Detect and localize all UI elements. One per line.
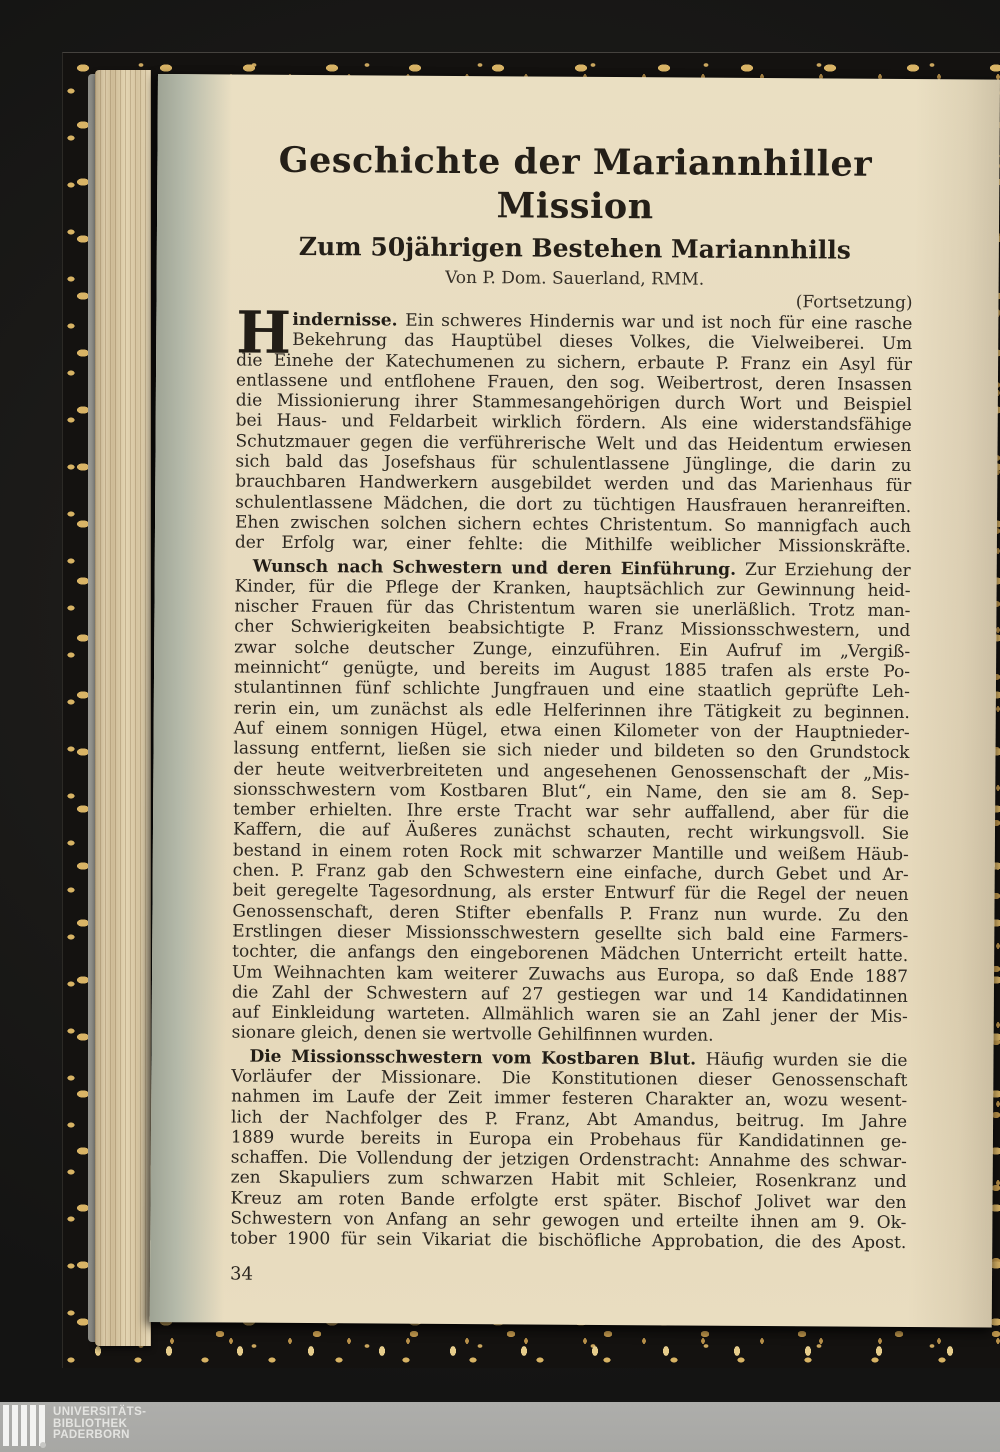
text-line: sionare gleich, denen sie wertvolle Gehi… bbox=[232, 1023, 908, 1048]
library-name-line1: UNIVERSITÄTS- bbox=[53, 1407, 146, 1419]
dropcap-letter: H bbox=[236, 310, 292, 350]
paragraph: Die Missionsschwestern vom Kostbaren Blu… bbox=[230, 1046, 907, 1253]
logo-bar bbox=[12, 1405, 18, 1446]
book-page: Geschichte der Mariannhiller Mission Zum… bbox=[150, 74, 1000, 1328]
page-content: Geschichte der Mariannhiller Mission Zum… bbox=[150, 74, 1000, 1290]
text-line: tober 1900 für sein Vikariat die bischöf… bbox=[230, 1229, 906, 1254]
logo-bar bbox=[3, 1405, 9, 1446]
paragraph: Wunsch nach Schwestern und deren Einführ… bbox=[232, 556, 911, 1048]
library-logo-bars-icon bbox=[3, 1405, 48, 1446]
page-title: Geschichte der Mariannhiller Mission bbox=[237, 139, 914, 231]
text-line: der Erfolg war, einer fehlte: die Mithil… bbox=[235, 533, 911, 558]
logo-bar bbox=[21, 1405, 27, 1446]
library-name-line3: PADERBORN bbox=[53, 1430, 146, 1442]
library-name: UNIVERSITÄTS- BIBLIOTHEK PADERBORN bbox=[53, 1407, 146, 1442]
logo-dot-icon bbox=[40, 1442, 46, 1448]
body-text: Hindernisse. Ein schweres Hindernis war … bbox=[230, 310, 912, 1254]
page-edges-stack bbox=[95, 70, 151, 1346]
page-number: 34 bbox=[230, 1263, 906, 1289]
page-subtitle: Zum 50jährigen Bestehen Mariannhills bbox=[237, 230, 913, 267]
paragraph: Hindernisse. Ein schweres Hindernis war … bbox=[235, 310, 913, 558]
scan-background: { "document": { "title": "Geschichte der… bbox=[0, 0, 1000, 1452]
logo-bar bbox=[39, 1405, 45, 1446]
library-footer-bar: UNIVERSITÄTS- BIBLIOTHEK PADERBORN bbox=[0, 1402, 1000, 1452]
logo-bar bbox=[30, 1405, 36, 1446]
